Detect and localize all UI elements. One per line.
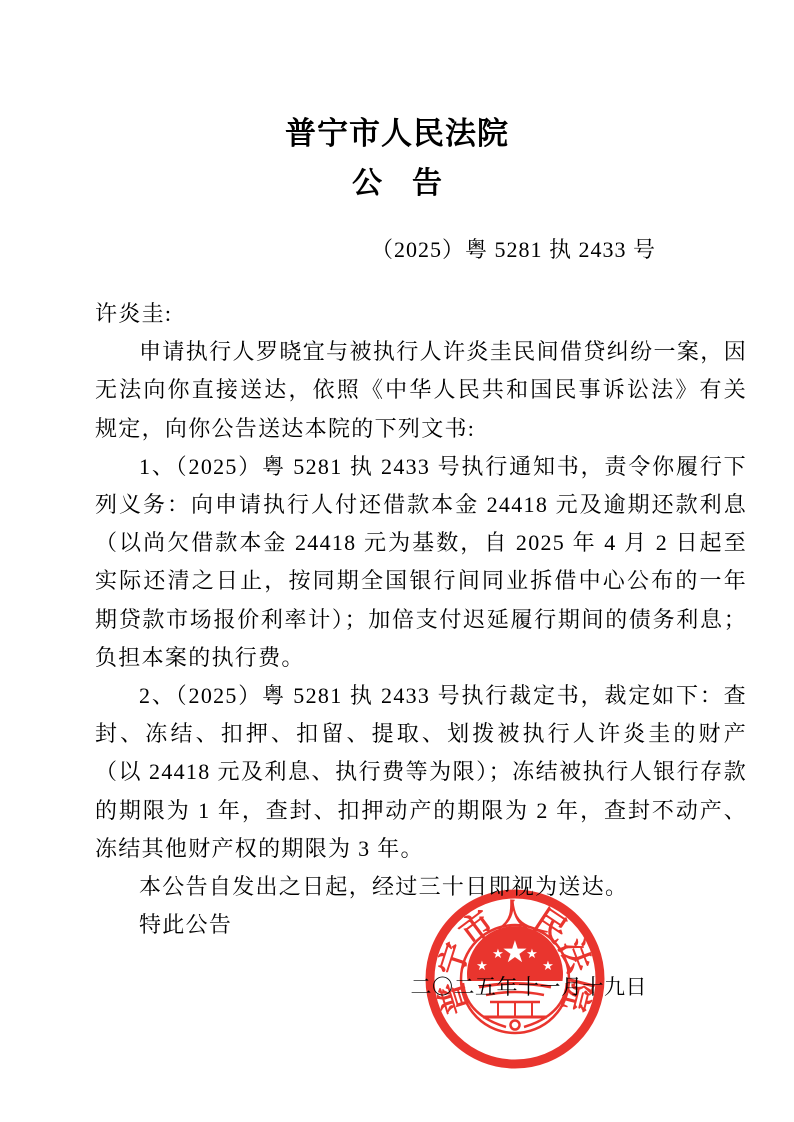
case-number: （2025）粤 5281 执 2433 号 xyxy=(371,233,656,264)
emblem-star-small-2-icon: ★ xyxy=(492,946,504,961)
paragraph-item-2: 2、（2025）粤 5281 执 2433 号执行裁定书，裁定如下：查封、冻结、… xyxy=(95,677,747,868)
emblem-star-large-icon: ★ xyxy=(502,936,529,969)
national-emblem-icon: ★ ★ ★ ★ ★ xyxy=(461,925,569,1033)
emblem-star-small-3-icon: ★ xyxy=(526,946,538,961)
recipient-line: 许炎圭: xyxy=(95,295,747,333)
emblem-knot-icon xyxy=(511,1021,520,1030)
paragraph-intro: 申请执行人罗晓宜与被执行人许炎圭民间借贷纠纷一案，因无法向你直接送达，依照《中华… xyxy=(95,333,747,448)
emblem-star-small-1-icon: ★ xyxy=(476,958,488,973)
notice-body: 许炎圭: 申请执行人罗晓宜与被执行人许炎圭民间借贷纠纷一案，因无法向你直接送达，… xyxy=(95,295,747,944)
announcement-page: 普宁市人民法院 公 告 （2025）粤 5281 执 2433 号 许炎圭: 申… xyxy=(0,0,794,1122)
court-seal: 普宁市人民法院 ★ ★ ★ ★ ★ xyxy=(420,884,610,1074)
court-name: 普宁市人民法院 xyxy=(0,108,794,153)
paragraph-item-1: 1、（2025）粤 5281 执 2433 号执行通知书，责令你履行下列义务：向… xyxy=(95,448,747,677)
emblem-gate-icon xyxy=(479,984,551,1018)
doc-title: 公 告 xyxy=(0,158,794,202)
emblem-star-small-4-icon: ★ xyxy=(542,958,554,973)
